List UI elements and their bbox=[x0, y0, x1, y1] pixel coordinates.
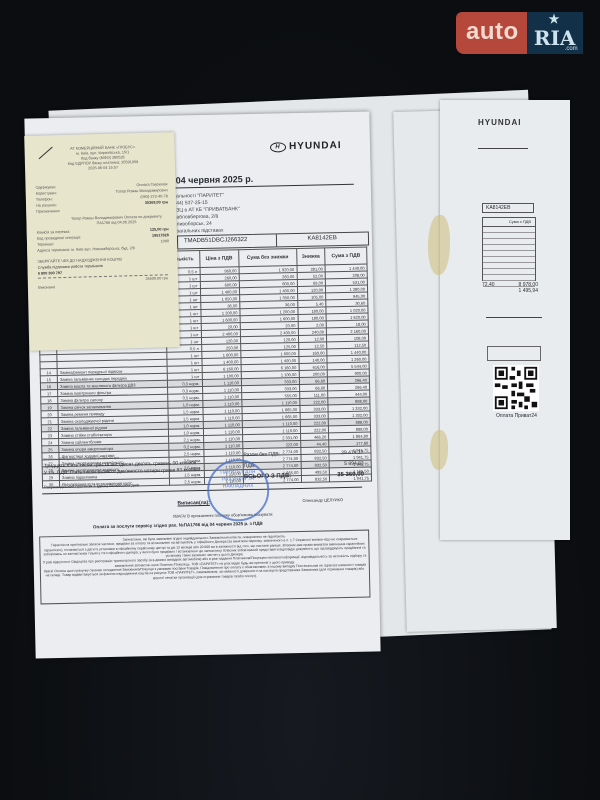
receipt-field-label: Користувач: bbox=[36, 191, 57, 197]
receipt-field-label: Призначення: bbox=[36, 209, 60, 215]
right-sheet-total-label: 72,40 bbox=[482, 282, 495, 288]
issued-by-label: Виписав(ла): bbox=[177, 500, 210, 507]
receipt-field-label: Телефон: bbox=[36, 197, 53, 202]
invoice-date: 04 червня 2025 р. bbox=[176, 174, 254, 186]
right-sheet-table: Сума з ПДВ bbox=[482, 217, 536, 281]
account-validity-note: Рахунок дійсний протягом 2 (двох) банків… bbox=[44, 482, 139, 489]
divider bbox=[478, 148, 528, 149]
terminal-value: 1000 bbox=[161, 239, 170, 244]
column-header: Сума з ПДВ bbox=[325, 247, 367, 265]
right-sheet-note-box bbox=[487, 346, 541, 361]
receipt-field-label: На рахунок: bbox=[36, 203, 57, 209]
paper-stain bbox=[428, 215, 450, 275]
receipt-header: АТ КОМЕРЦІЙНИЙ БАНК «ГЛОБУС»м. Київ, вул… bbox=[53, 145, 154, 173]
paper-stain bbox=[430, 430, 448, 470]
right-sheet-totals: 72,40 8 978,00 1 495,94 bbox=[482, 282, 538, 288]
star-icon: ★ bbox=[549, 12, 560, 26]
watermark-auto: auto bbox=[456, 12, 527, 54]
invoice-brand-text: HYUNDAI bbox=[289, 140, 342, 152]
invoice-brand: H HYUNDAI bbox=[270, 140, 342, 152]
transaction-value: 19517828 bbox=[152, 233, 169, 238]
receipt-purpose: Топор Роман Володимирович Оплата по доку… bbox=[66, 214, 166, 227]
payment-purpose-note: Оплата за послуги сервісу згідно рах. №П… bbox=[93, 521, 263, 530]
column-header: Знижка bbox=[296, 248, 325, 266]
payment-receipt: АТ КОМЕРЦІЙНИЙ БАНК «ГЛОБУС»м. Київ, вул… bbox=[24, 132, 180, 351]
column-header: Ціна з ПДВ bbox=[199, 250, 239, 268]
license-plate: KA8142EB bbox=[275, 233, 368, 247]
subtotal-value: 29 474,17 bbox=[341, 450, 363, 457]
right-sheet-brand: HYUNDAI bbox=[478, 118, 521, 127]
total-value: 35 369,00 bbox=[337, 472, 364, 480]
commission-label: Комісія за переказ: bbox=[37, 230, 71, 236]
watermark-ria: ★ RIA .com bbox=[527, 12, 583, 54]
commission-value: 125,00 грн bbox=[150, 227, 169, 232]
issuer-name: Олександр ЦЕЛУИКО bbox=[302, 497, 343, 503]
receipt-field-label: Одержувач: bbox=[36, 185, 57, 191]
receipt-field-value: Оплата Гаврилюк bbox=[136, 182, 167, 188]
qr-code-icon bbox=[493, 365, 539, 411]
autoria-watermark: auto ★ RIA .com bbox=[456, 12, 583, 54]
terms-and-conditions: Запчастини, які були замовлені згідно ін… bbox=[39, 530, 370, 605]
subtotal-label: Разом без ПДВ: bbox=[243, 451, 280, 459]
right-sheet-vat-value: 1 495,94 bbox=[519, 288, 538, 294]
hyundai-logo-icon: H bbox=[270, 142, 286, 152]
vat-value: 5 894,83 bbox=[344, 461, 364, 468]
terminal-label: Термінал: bbox=[37, 242, 54, 247]
column-header: Сума без знижки bbox=[239, 249, 297, 267]
row-quantity: 2,5 норм. bbox=[169, 477, 204, 485]
vin: TMADB51DBCJ266322 bbox=[178, 234, 276, 248]
qr-caption: Оплата Приват24 bbox=[496, 413, 537, 419]
receipt-field-value: 35369,00 грн bbox=[145, 200, 168, 206]
divider bbox=[486, 317, 542, 318]
seller-details: альності "ПАРИТЕТ"44) 537-25-15ЗЦ в АТ К… bbox=[176, 192, 240, 235]
right-sheet-column-header: Сума з ПДВ bbox=[483, 218, 535, 227]
right-invoice-sheet bbox=[440, 100, 570, 540]
receipt-field-value: (093)-272-40-78 bbox=[140, 194, 168, 200]
pen-mark bbox=[39, 147, 53, 160]
watermark-domain: .com bbox=[565, 46, 578, 52]
right-sheet-plate: KA8142EB bbox=[482, 203, 534, 213]
